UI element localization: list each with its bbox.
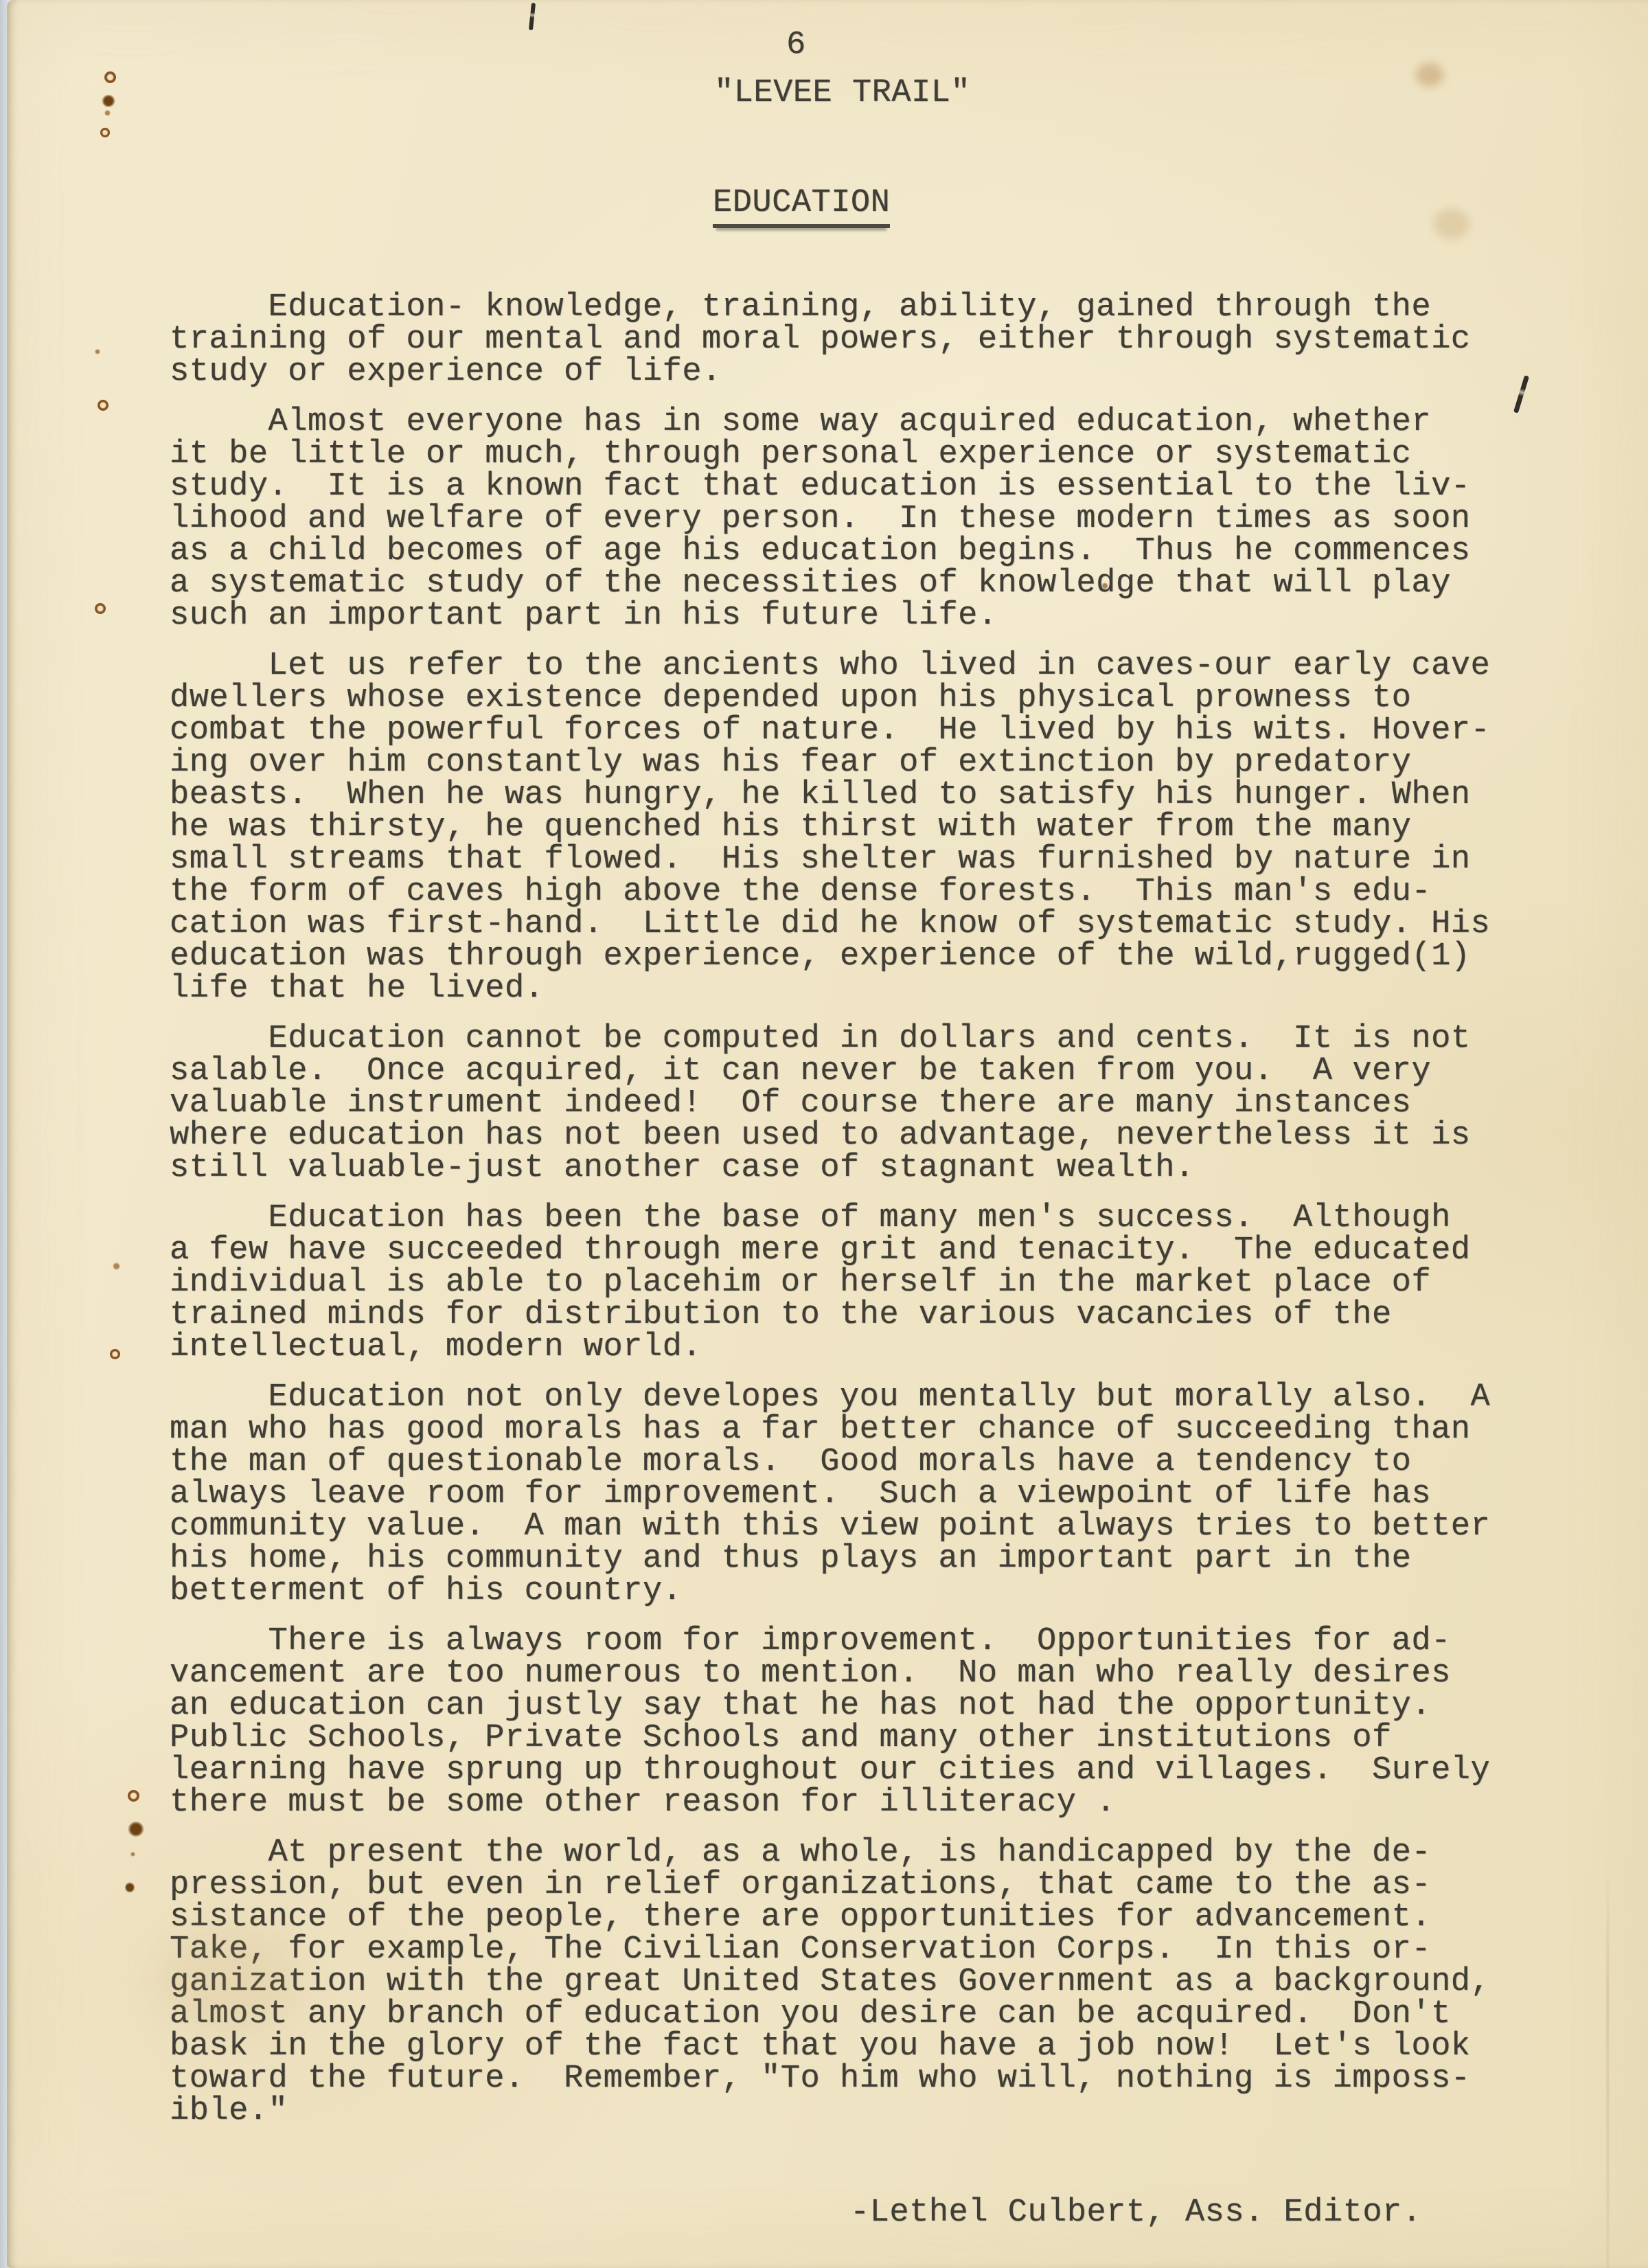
rust-spot	[95, 603, 106, 614]
rust-spot	[102, 95, 115, 107]
paragraph: At present the world, as a whole, is han…	[170, 1837, 1618, 2127]
signature-line: -Lethel Culbert, Ass. Editor.	[850, 2197, 1421, 2229]
stray-ink-mark-top	[529, 3, 536, 30]
rust-spot	[130, 1852, 135, 1857]
rust-spot	[104, 110, 111, 116]
paragraph: Education- knowledge, training, ability,…	[170, 291, 1618, 388]
stain-bottom-left	[158, 1923, 295, 2033]
stain-top-right	[1416, 63, 1443, 87]
rust-spot	[128, 1822, 144, 1837]
paragraph: Education cannot be computed in dollars …	[170, 1023, 1618, 1184]
paper-crease	[1607, 1868, 1609, 2268]
paragraph: Education has been the base of many men'…	[170, 1202, 1618, 1363]
scanned-page: 6 "LEVEE TRAIL" EDUCATION Education- kno…	[0, 0, 1648, 2268]
page-number: 6	[786, 29, 806, 61]
paper-sheet: 6 "LEVEE TRAIL" EDUCATION Education- kno…	[7, 0, 1648, 2268]
rust-spot	[104, 71, 116, 83]
rust-spot	[125, 1882, 135, 1893]
rust-spot	[95, 349, 100, 354]
section-title: EDUCATION	[713, 187, 890, 228]
rust-spot	[113, 1262, 120, 1270]
paragraph: Almost everyone has in some way acquired…	[170, 406, 1618, 632]
paragraph: Let us refer to the ancients who lived i…	[170, 650, 1618, 1005]
paragraph: There is always room for improvement. Op…	[170, 1625, 1618, 1819]
stain-right	[1434, 209, 1469, 239]
newsletter-title: "LEVEE TRAIL"	[714, 77, 970, 109]
rust-fleck	[1101, 582, 1108, 589]
rust-spot	[100, 128, 110, 137]
paragraph: Education not only developes you mentall…	[170, 1381, 1618, 1607]
document-body: Education- knowledge, training, ability,…	[170, 291, 1618, 2145]
rust-spot	[110, 1349, 120, 1359]
rust-spot	[98, 400, 108, 411]
rust-spot	[128, 1790, 139, 1802]
